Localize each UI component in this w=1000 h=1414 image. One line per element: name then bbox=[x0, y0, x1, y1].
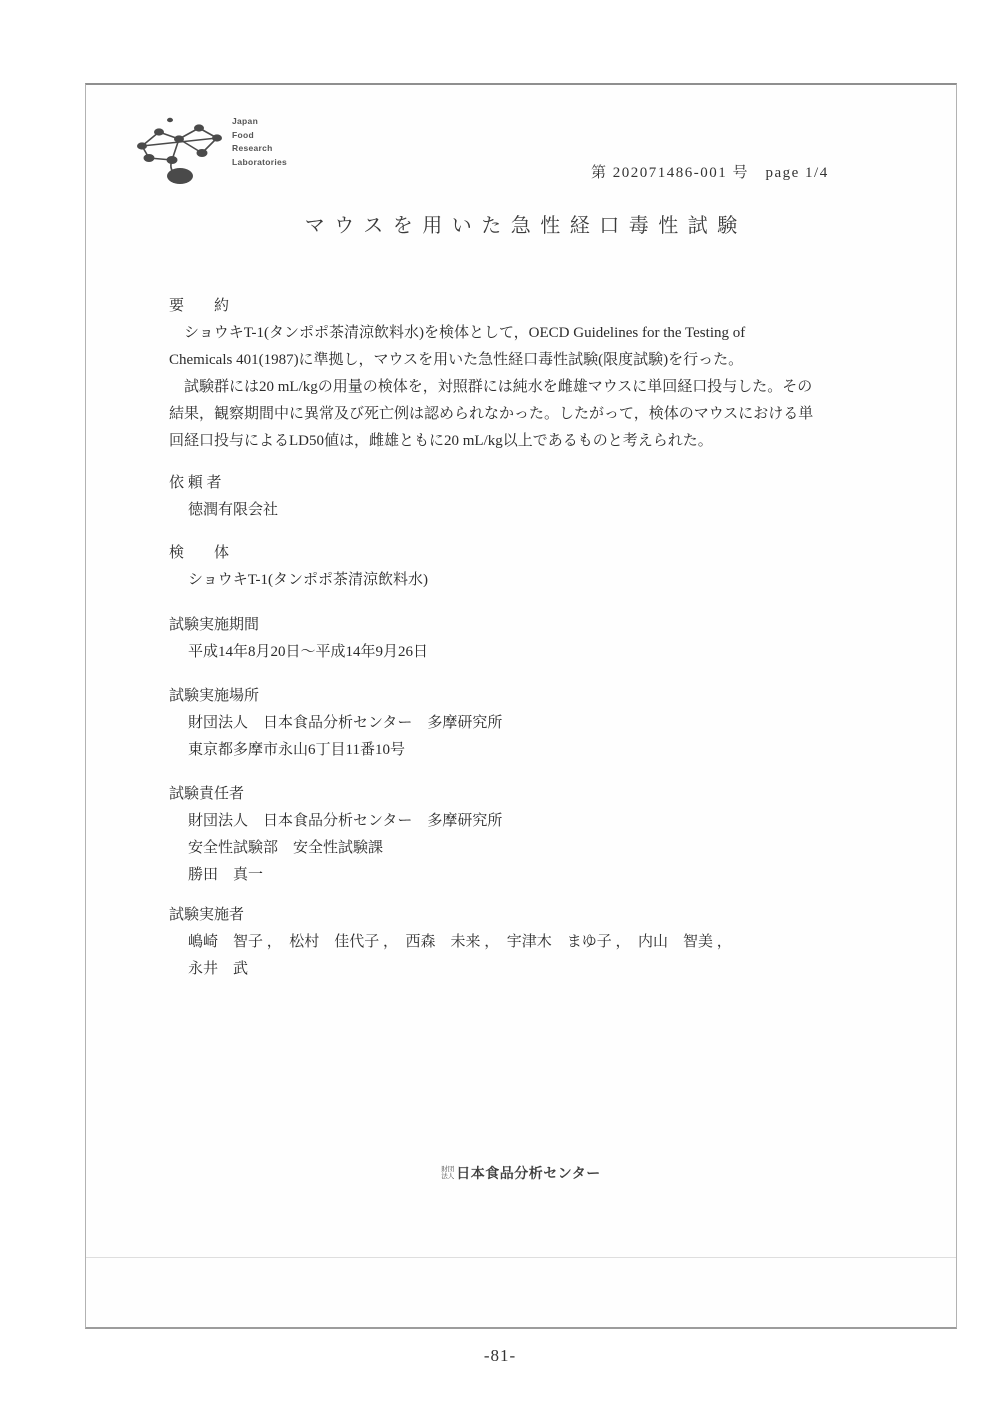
test-period-dates: 平成14年8月20日～平成14年9月26日 bbox=[188, 639, 847, 666]
footer-organization-logotype: 財団法人日本食品分析センター bbox=[86, 1163, 956, 1183]
page-number: -81- bbox=[0, 1346, 1000, 1366]
footer-org-prefix: 財団法人 bbox=[441, 1166, 456, 1180]
summary-paragraph-line: Chemicals 401(1987)に準拠し，マウスを用いた急性経口毒性試験(… bbox=[169, 347, 847, 374]
logo-word-food: Food bbox=[232, 129, 287, 143]
section-test-site: 試験実施場所 財団法人 日本食品分析センター 多摩研究所 東京都多摩市永山6丁目… bbox=[169, 683, 847, 764]
section-test-performers: 試験実施者 嶋崎 智子 ， 松村 佳代子 ， 西森 未来 ， 宇津木 まゆ子 ，… bbox=[169, 902, 847, 983]
test-period-heading: 試験実施期間 bbox=[169, 612, 847, 639]
document-number: 第 202071486-001 号 page 1/4 bbox=[591, 161, 829, 182]
test-performers-names: 永井 武 bbox=[188, 956, 847, 983]
study-director-organization: 財団法人 日本食品分析センター 多摩研究所 bbox=[188, 808, 847, 835]
logo-word-laboratories: Laboratories bbox=[232, 156, 287, 170]
test-site-address: 東京都多摩市永山6丁目11番10号 bbox=[188, 737, 847, 764]
scanned-report-page: { "logo": { "line1": "Japan", "line2": "… bbox=[0, 0, 1000, 1414]
section-summary: 要 約 ショウキT-1(タンポポ茶清涼飲料水)を検体として，OECD Guide… bbox=[169, 293, 847, 455]
requester-name: 徳潤有限会社 bbox=[188, 497, 847, 524]
section-requester: 依 頼 者 徳潤有限会社 bbox=[169, 470, 847, 524]
section-test-period: 試験実施期間 平成14年8月20日～平成14年9月26日 bbox=[169, 612, 847, 666]
test-site-organization: 財団法人 日本食品分析センター 多摩研究所 bbox=[188, 710, 847, 737]
study-director-name: 勝田 真一 bbox=[188, 862, 847, 889]
specimen-name: ショウキT-1(タンポポ茶清涼飲料水) bbox=[188, 567, 847, 594]
bottom-divider-line bbox=[86, 1257, 956, 1258]
specimen-heading: 検 体 bbox=[169, 540, 847, 567]
test-site-heading: 試験実施場所 bbox=[169, 683, 847, 710]
summary-paragraph-line: 回経口投与によるLD50値は，雌雄ともに20 mL/kg以上であるものと考えられ… bbox=[169, 428, 847, 455]
study-director-department: 安全性試験部 安全性試験課 bbox=[188, 835, 847, 862]
jfrl-logo: Japan Food Research Laboratories bbox=[132, 111, 372, 181]
report-title: マウスを用いた急性経口毒性試験 bbox=[86, 209, 956, 238]
molecule-icon bbox=[132, 113, 224, 185]
logo-word-japan: Japan bbox=[232, 115, 287, 129]
test-performers-names: 嶋崎 智子 ， 松村 佳代子 ， 西森 未来 ， 宇津木 まゆ子 ， 内山 智美… bbox=[188, 929, 847, 956]
summary-paragraph-line: 試験群には20 mL/kgの用量の検体を，対照群には純水を雌雄マウスに単回経口投… bbox=[169, 374, 847, 401]
summary-paragraph-line: 結果，観察期間中に異常及び死亡例は認められなかった。したがって，検体のマウスにお… bbox=[169, 401, 847, 428]
report-page: Japan Food Research Laboratories 第 20207… bbox=[85, 83, 957, 1329]
report-body: 要 約 ショウキT-1(タンポポ茶清涼飲料水)を検体として，OECD Guide… bbox=[169, 293, 847, 983]
logo-wordmark: Japan Food Research Laboratories bbox=[232, 115, 287, 169]
footer-org-name: 日本食品分析センター bbox=[456, 1163, 600, 1183]
logo-word-research: Research bbox=[232, 142, 287, 156]
requester-heading: 依 頼 者 bbox=[169, 470, 847, 497]
study-director-heading: 試験責任者 bbox=[169, 781, 847, 808]
summary-paragraph-line: ショウキT-1(タンポポ茶清涼飲料水)を検体として，OECD Guideline… bbox=[169, 320, 847, 347]
test-performers-heading: 試験実施者 bbox=[169, 902, 847, 929]
section-specimen: 検 体 ショウキT-1(タンポポ茶清涼飲料水) bbox=[169, 540, 847, 594]
summary-heading: 要 約 bbox=[169, 293, 847, 320]
section-study-director: 試験責任者 財団法人 日本食品分析センター 多摩研究所 安全性試験部 安全性試験… bbox=[169, 781, 847, 889]
